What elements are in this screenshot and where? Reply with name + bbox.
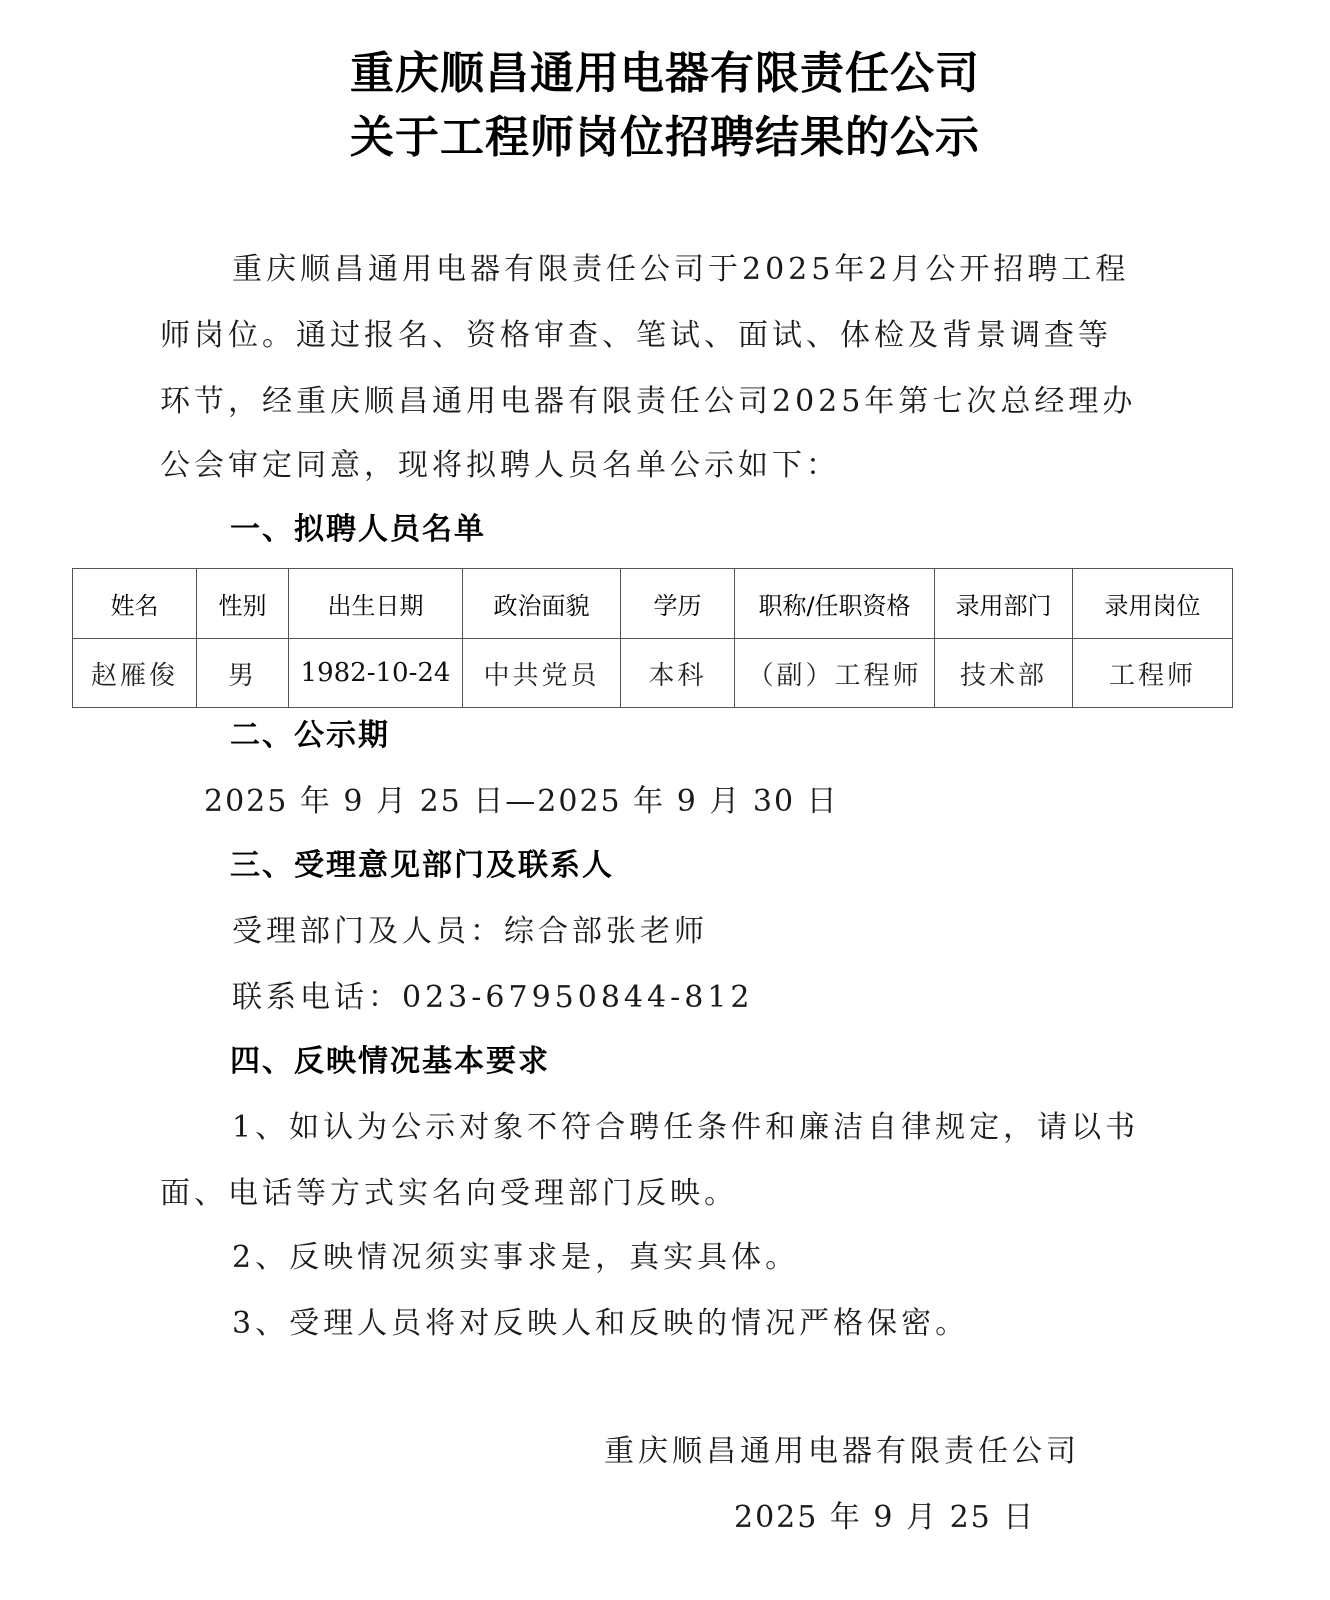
column-header-title-qualification: 职称/任职资格 bbox=[735, 569, 935, 639]
section-heading-candidate-list: 一、拟聘人员名单 bbox=[230, 510, 486, 550]
column-header-gender: 性别 bbox=[197, 569, 289, 639]
column-header-name: 姓名 bbox=[73, 569, 197, 639]
cell-birth-date: 1982-10-24 bbox=[289, 639, 463, 708]
intro-paragraph-line-1: 重庆顺昌通用电器有限责任公司于2025年2月公开招聘工程 bbox=[232, 250, 1129, 290]
intro-paragraph-line-2: 师岗位。通过报名、资格审查、笔试、面试、体检及背景调查等 bbox=[160, 316, 1112, 356]
candidate-table: 姓名 性别 出生日期 政治面貌 学历 职称/任职资格 录用部门 录用岗位 赵雁俊… bbox=[72, 568, 1233, 708]
notice-period-dates: 2025 年 9 月 25 日—2025 年 9 月 30 日 bbox=[204, 782, 839, 822]
requirement-1-line-1: 1、如认为公示对象不符合聘任条件和廉洁自律规定，请以书 bbox=[232, 1108, 1139, 1148]
table-header-row: 姓名 性别 出生日期 政治面貌 学历 职称/任职资格 录用部门 录用岗位 bbox=[73, 569, 1233, 639]
signature-organization: 重庆顺昌通用电器有限责任公司 bbox=[604, 1432, 1080, 1472]
intro-paragraph-line-4: 公会审定同意，现将拟聘人员名单公示如下： bbox=[160, 446, 840, 486]
contact-phone: 联系电话：023-67950844-812 bbox=[232, 978, 754, 1018]
cell-title-qualification: （副）工程师 bbox=[735, 639, 935, 708]
cell-position: 工程师 bbox=[1073, 639, 1233, 708]
cell-department: 技术部 bbox=[935, 639, 1073, 708]
section-heading-requirements: 四、反映情况基本要求 bbox=[230, 1042, 550, 1082]
requirement-1-line-2: 面、电话等方式实名向受理部门反映。 bbox=[160, 1174, 738, 1214]
section-heading-notice-period: 二、公示期 bbox=[230, 716, 390, 756]
signature-date: 2025 年 9 月 25 日 bbox=[734, 1498, 1035, 1538]
contact-department-person: 受理部门及人员：综合部张老师 bbox=[232, 912, 708, 952]
requirement-3: 3、受理人员将对反映人和反映的情况严格保密。 bbox=[232, 1304, 969, 1344]
cell-political-status: 中共党员 bbox=[463, 639, 621, 708]
intro-paragraph-line-3: 环节，经重庆顺昌通用电器有限责任公司2025年第七次总经理办 bbox=[160, 382, 1136, 422]
document-title-line-2: 关于工程师岗位招聘结果的公示 bbox=[0, 106, 1330, 170]
column-header-department: 录用部门 bbox=[935, 569, 1073, 639]
column-header-education: 学历 bbox=[621, 569, 735, 639]
cell-gender: 男 bbox=[197, 639, 289, 708]
cell-education: 本科 bbox=[621, 639, 735, 708]
cell-name: 赵雁俊 bbox=[73, 639, 197, 708]
section-heading-contact: 三、受理意见部门及联系人 bbox=[230, 846, 614, 886]
column-header-birth-date: 出生日期 bbox=[289, 569, 463, 639]
table-row: 赵雁俊 男 1982-10-24 中共党员 本科 （副）工程师 技术部 工程师 bbox=[73, 639, 1233, 708]
column-header-position: 录用岗位 bbox=[1073, 569, 1233, 639]
document-title-line-1: 重庆顺昌通用电器有限责任公司 bbox=[0, 42, 1330, 106]
column-header-political-status: 政治面貌 bbox=[463, 569, 621, 639]
requirement-2: 2、反映情况须实事求是，真实具体。 bbox=[232, 1238, 799, 1278]
